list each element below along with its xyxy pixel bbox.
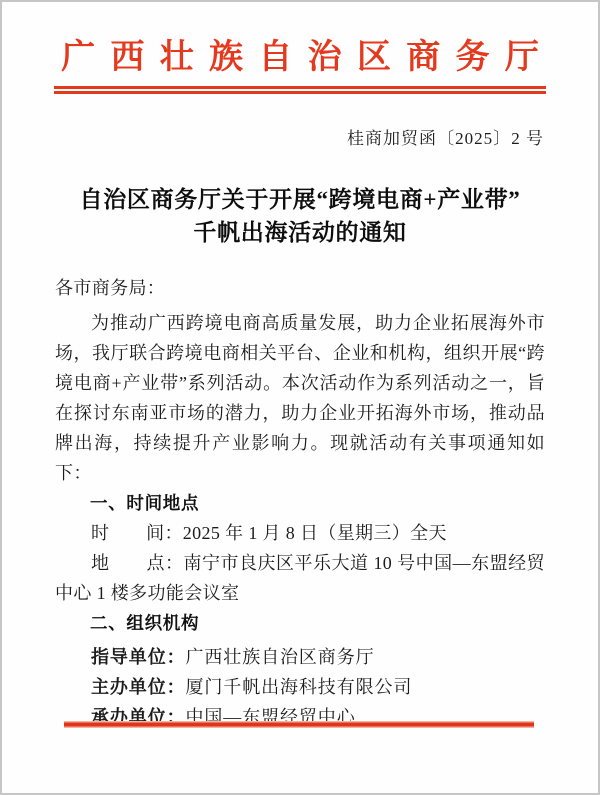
organizer-label: 指导单位： bbox=[91, 647, 186, 667]
organizer-value: 广西壮族自治区商务厅 bbox=[186, 647, 375, 667]
section-heading-time-place: 一、时间地点 bbox=[55, 488, 545, 518]
document-body: 各市商务局： 为推动广西跨境电商高质量发展，助力企业拓展海外市场，我厅联合跨境电… bbox=[0, 273, 600, 732]
organizer-line-host: 主办单位：厦门千帆出海科技有限公司 bbox=[55, 672, 545, 702]
organizer-list: 指导单位：广西壮族自治区商务厅 主办单位：厦门千帆出海科技有限公司 承办单位：中… bbox=[55, 642, 545, 732]
organizer-value: 厦门千帆出海科技有限公司 bbox=[186, 677, 413, 697]
organizer-label: 主办单位： bbox=[91, 677, 186, 697]
organizer-line-guidance: 指导单位：广西壮族自治区商务厅 bbox=[55, 642, 545, 672]
official-notice-page: 广西壮族自治区商务厅 桂商加贸函〔2025〕2 号 自治区商务厅关于开展“跨境电… bbox=[0, 0, 600, 795]
document-title-line1: 自治区商务厅关于开展“跨境电商+产业带” bbox=[0, 183, 600, 216]
section-heading-organization: 二、组织机构 bbox=[55, 608, 545, 638]
agency-header-title: 广西壮族自治区商务厅 bbox=[0, 36, 600, 80]
event-time-line: 时 间：2025 年 1 月 8 日（星期三）全天 bbox=[55, 518, 545, 548]
document-title-line2: 千帆出海活动的通知 bbox=[0, 216, 600, 249]
intro-paragraph: 为推动广西跨境电商高质量发展，助力企业拓展海外市场，我厅联合跨境电商相关平台、企… bbox=[55, 308, 545, 488]
addressee: 各市商务局： bbox=[55, 273, 545, 303]
event-place-line: 地 点：南宁市良庆区平乐大道 10 号中国—东盟经贸中心 1 楼多功能会议室 bbox=[55, 548, 545, 608]
document-title: 自治区商务厅关于开展“跨境电商+产业带” 千帆出海活动的通知 bbox=[0, 183, 600, 249]
footer-red-rule bbox=[64, 721, 534, 728]
header-double-rule bbox=[54, 86, 546, 94]
document-number: 桂商加贸函〔2025〕2 号 bbox=[0, 127, 600, 151]
